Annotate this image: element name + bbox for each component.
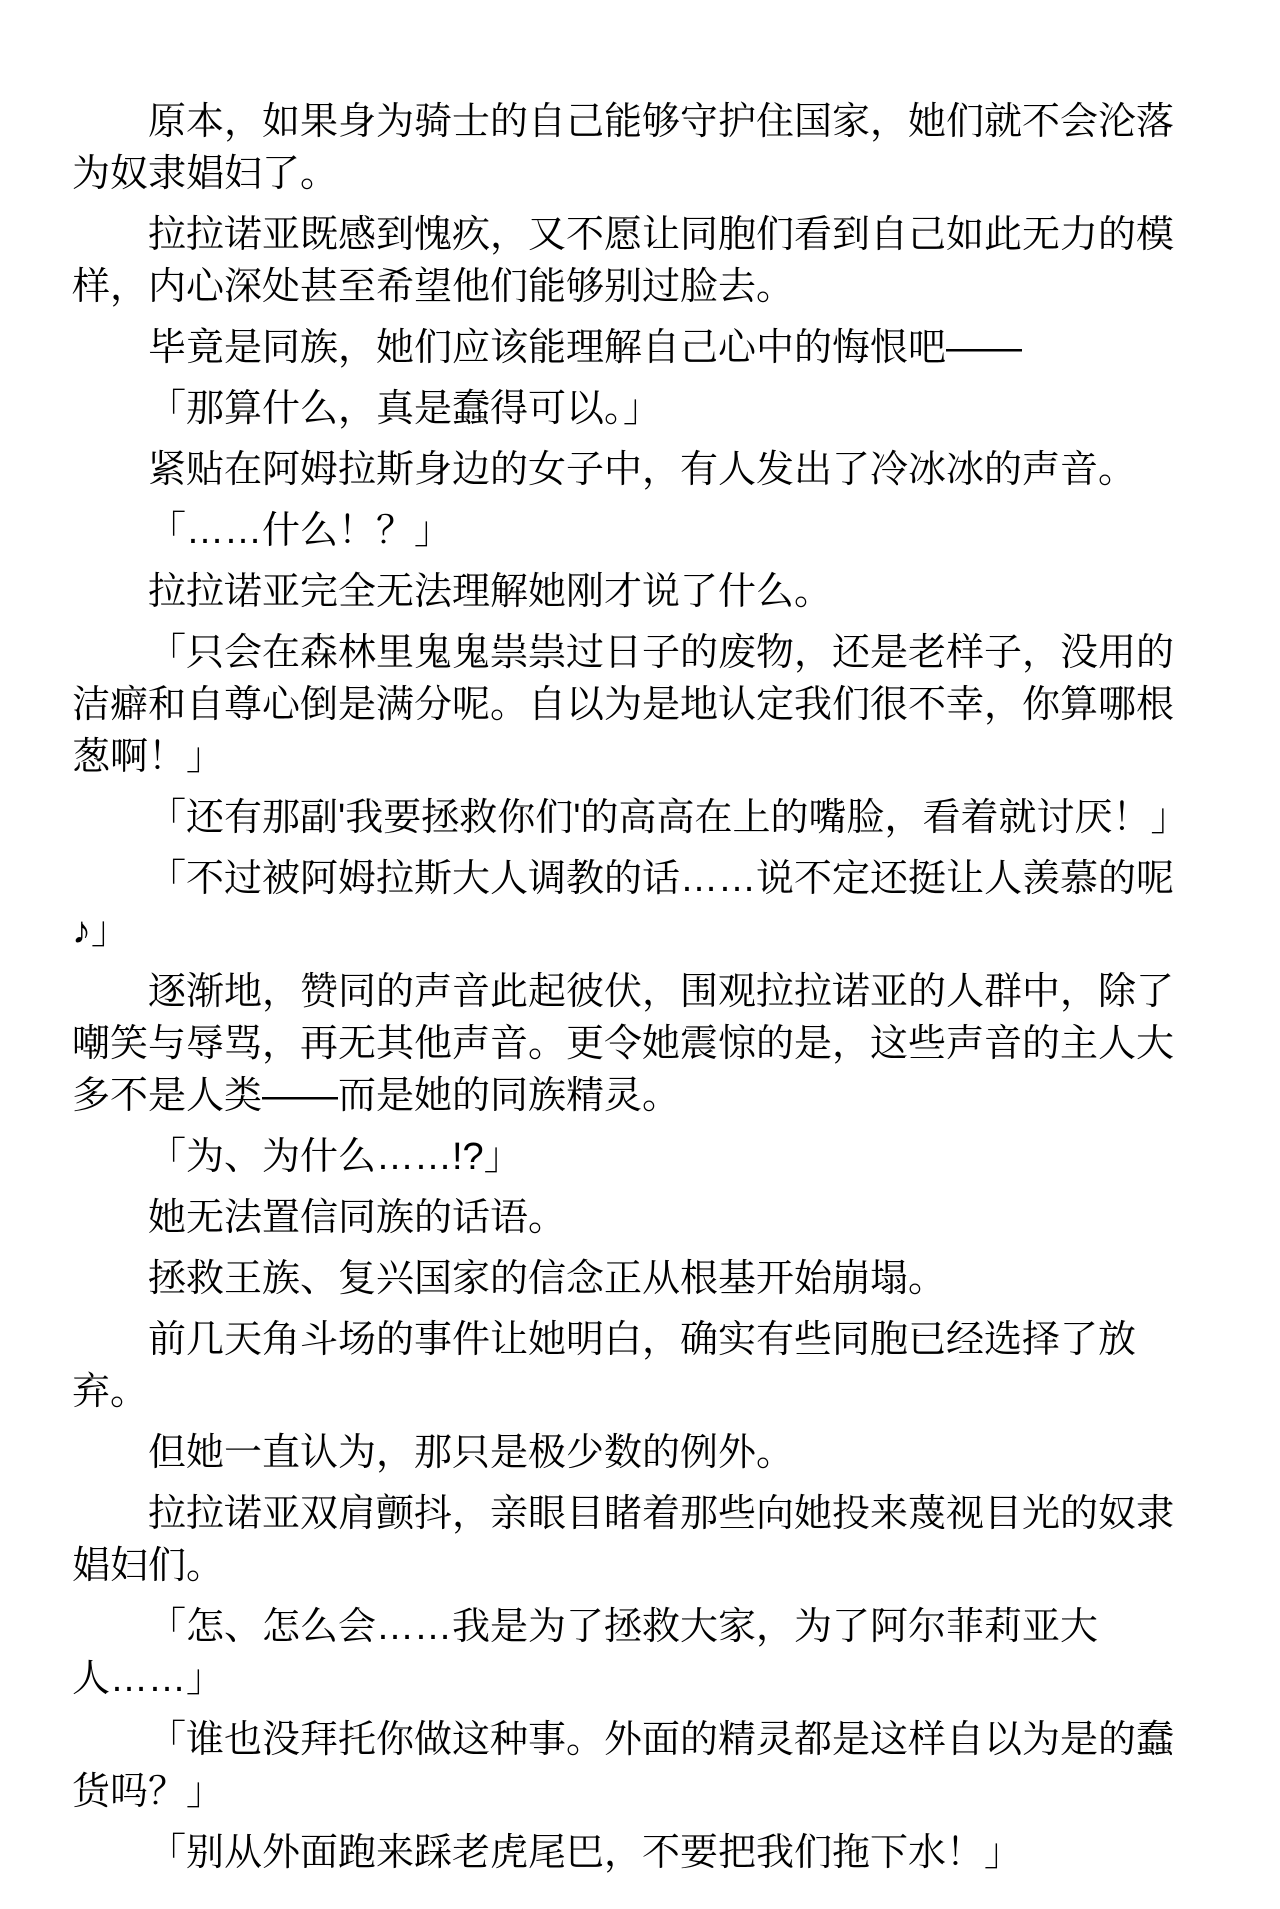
paragraph-dialogue: 「那算什么，真是蠢得可以。」 xyxy=(72,383,1208,435)
paragraph: 前几天角斗场的事件让她明白，确实有些同胞已经选择了放弃。 xyxy=(72,1314,1208,1418)
paragraph-dialogue: 「还有那副'我要拯救你们'的高高在上的嘴脸，看着就讨厌！」 xyxy=(72,792,1208,844)
paragraph: 拉拉诺亚完全无法理解她刚才说了什么。 xyxy=(72,566,1208,618)
paragraph-dialogue: 「不过被阿姆拉斯大人调教的话……说不定还挺让人羡慕的呢♪」 xyxy=(72,853,1208,957)
paragraph-dialogue: 「别从外面跑来踩老虎尾巴，不要把我们拖下水！」 xyxy=(72,1827,1208,1879)
paragraph: 她无法置信同族的话语。 xyxy=(72,1192,1208,1244)
paragraph-dialogue: 「只会在森林里鬼鬼祟祟过日子的废物，还是老样子，没用的洁癖和自尊心倒是满分呢。自… xyxy=(72,627,1208,783)
paragraph: 毕竟是同族，她们应该能理解自己心中的悔恨吧—— xyxy=(72,322,1208,374)
novel-page-content: 原本，如果身为骑士的自己能够守护住国家，她们就不会沦落为奴隶娼妇了。 拉拉诺亚既… xyxy=(0,0,1280,1909)
paragraph-dialogue: 「……什么！？」 xyxy=(72,505,1208,557)
paragraph: 但她一直认为，那只是极少数的例外。 xyxy=(72,1427,1208,1479)
paragraph: 原本，如果身为骑士的自己能够守护住国家，她们就不会沦落为奴隶娼妇了。 xyxy=(72,96,1208,200)
paragraph: 拉拉诺亚既感到愧疚，又不愿让同胞们看到自己如此无力的模样，内心深处甚至希望他们能… xyxy=(72,209,1208,313)
paragraph-dialogue: 「谁也没拜托你做这种事。外面的精灵都是这样自以为是的蠢货吗？」 xyxy=(72,1714,1208,1818)
paragraph-dialogue: 「怎、怎么会……我是为了拯救大家，为了阿尔菲莉亚大人……」 xyxy=(72,1601,1208,1705)
paragraph: 拉拉诺亚双肩颤抖，亲眼目睹着那些向她投来蔑视目光的奴隶娼妇们。 xyxy=(72,1488,1208,1592)
paragraph: 拯救王族、复兴国家的信念正从根基开始崩塌。 xyxy=(72,1253,1208,1305)
paragraph: 紧贴在阿姆拉斯身边的女子中，有人发出了冷冰冰的声音。 xyxy=(72,444,1208,496)
paragraph: 逐渐地，赞同的声音此起彼伏，围观拉拉诺亚的人群中，除了嘲笑与辱骂，再无其他声音。… xyxy=(72,966,1208,1122)
novel-reader-page: { "page": { "background": "#ffffff", "te… xyxy=(0,0,1280,1909)
paragraph-dialogue: 「为、为什么……!?」 xyxy=(72,1131,1208,1183)
